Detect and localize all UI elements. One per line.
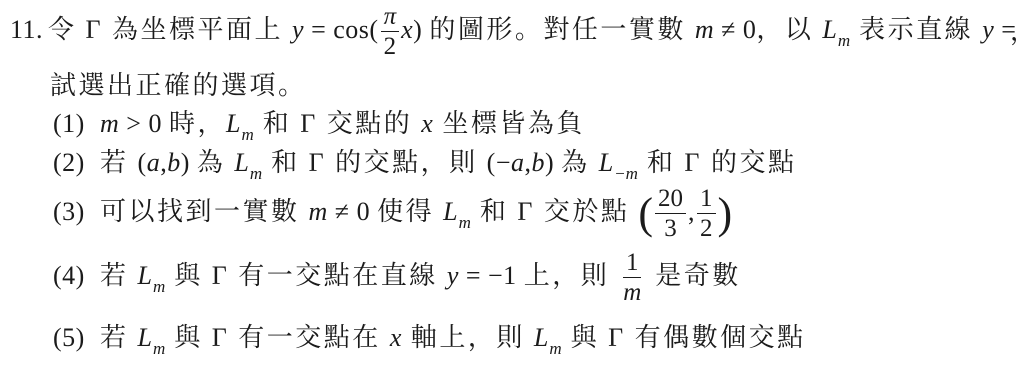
text-run: 上，則 [524,261,619,290]
math-subscript: L−m [599,158,638,175]
text-run: 表示直線 [850,15,982,44]
option-3-marker: (3) [53,194,100,230]
text-run: y [292,15,304,44]
math-subscript: Lm [138,333,166,350]
text-run: ，以 [756,15,822,44]
option-1-content: m > 0 時，Lm 和 Γ 交點的 x 坐標皆為負 [100,119,585,136]
option-4-content: 若 Lm 與 Γ 有一交點在直線 y = −1 上，則 1m 是奇數 [100,271,741,288]
text-run: 的圖形。對任一實數 [429,15,695,44]
text-run: 和 Γ 的交點，則 [262,148,487,177]
math-subscript: Lm [234,158,262,175]
text-run: ≠ 0 [714,15,756,44]
text-run: 和 Γ 的交點 [638,148,797,177]
exam-question-page: 11.令 Γ 為坐標平面上 y = cos(π2x) 的圖形。對任一實數 m ≠… [0,0,1024,377]
math-subscript: Lm [534,333,562,350]
text-run: m [695,15,714,44]
text-run: , [525,148,532,177]
text-run: 可以找到一實數 [100,197,309,226]
fraction: π2 [381,3,400,60]
text-run: a [511,148,525,177]
option-4-marker: (4) [53,258,100,294]
text-run: b [532,148,546,177]
text-run: m [100,109,119,138]
text-run: 與 Γ 有一交點在直線 [165,261,447,290]
fraction: 12 [697,185,716,242]
text-run: 與 Γ 有偶數個交點 [562,323,806,352]
text-run: ) [413,15,429,44]
text-run: = cos( [304,15,378,44]
text-run: 軸上，則 [402,323,534,352]
option-5-marker: (5) [53,320,100,356]
math-subscript: Lm [443,207,471,224]
text-run: ( [138,148,147,177]
option-1-marker: (1) [53,106,100,142]
option-3-content: 可以找到一實數 m ≠ 0 使得 Lm 和 Γ 交於點 (203,12) [100,207,732,224]
text-run: a [147,148,161,177]
text-run: x [401,15,413,44]
text-run: y [982,15,994,44]
text-run: m [309,197,328,226]
fraction: 203 [655,185,686,242]
text-run: 為 [197,148,235,177]
text-run: 若 [100,323,138,352]
trailing-comma: ， [1010,14,1024,50]
prompt-text: 試選出正確的選項。 [50,71,307,100]
big-parenthesis: ( [638,192,653,236]
text-run: b [167,148,181,177]
option-2-content: 若 (a,b) 為 Lm 和 Γ 的交點，則 (−a,b) 為 L−m 和 Γ … [100,158,796,175]
question-number: 11. [10,12,48,48]
option-3: (3)可以找到一實數 m ≠ 0 使得 Lm 和 Γ 交於點 (203,12) [53,188,732,245]
option-5-content: 若 Lm 與 Γ 有一交點在 x 軸上，則 Lm 與 Γ 有偶數個交點 [100,333,806,350]
stem-content: 令 Γ 為坐標平面上 y = cos(π2x) 的圖形。對任一實數 m ≠ 0，… [48,25,1024,42]
text-run: 和 Γ 交於點 [471,197,639,226]
fraction: 1m [620,249,644,306]
text-run: 若 [100,261,138,290]
math-subscript: Lm [138,271,166,288]
option-2-marker: (2) [53,145,100,181]
text-run: 若 [100,148,138,177]
text-run: 令 Γ 為坐標平面上 [48,15,292,44]
text-run: (− [487,148,511,177]
text-run: y [447,261,459,290]
text-run: ) [545,148,561,177]
text-run: 是奇數 [646,261,741,290]
math-subscript: Lm [226,119,254,136]
question-stem: 11.令 Γ 為坐標平面上 y = cos(π2x) 的圖形。對任一實數 m ≠… [10,6,1024,63]
text-run: , [688,197,695,226]
option-4: (4)若 Lm 與 Γ 有一交點在直線 y = −1 上，則 1m 是奇數 [53,252,741,309]
text-run: > 0 [119,109,169,138]
text-run: 為 [561,148,599,177]
text-run: 和 Γ 交點的 [254,109,422,138]
question-prompt: 試選出正確的選項。 [50,68,307,108]
text-run: = −1 [459,261,524,290]
text-run: 與 Γ 有一交點在 [165,323,390,352]
text-run: x [421,109,433,138]
text-run: 使得 [377,197,443,226]
text-run: 坐標皆為負 [433,109,585,138]
text-run: ) [181,148,197,177]
text-run: x [390,323,402,352]
option-5: (5)若 Lm 與 Γ 有一交點在 x 軸上，則 Lm 與 Γ 有偶數個交點 [53,320,806,367]
text-run: ≠ 0 [328,197,377,226]
math-subscript: Lm [822,25,850,42]
text-run: 時， [169,109,226,138]
big-parenthesis: ) [718,192,733,236]
